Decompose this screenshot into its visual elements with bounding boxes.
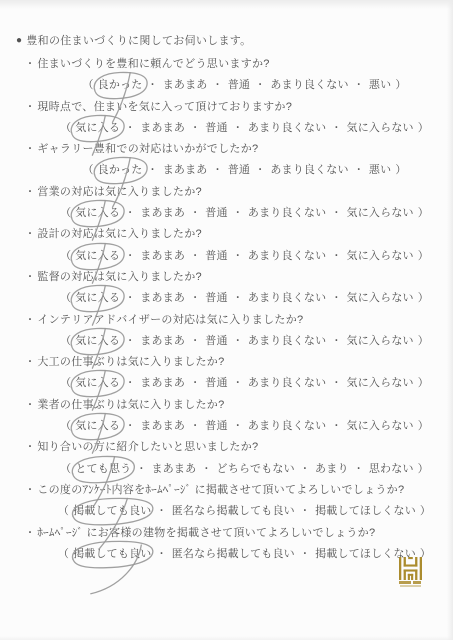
- paren-open: （: [57, 335, 74, 347]
- question-line: ・ギャラリー豊和での対応はいかがでしたか?: [0, 139, 453, 160]
- option: まあまあ: [139, 416, 186, 437]
- question-text: 営業の対応は気に入りましたか?: [37, 186, 202, 198]
- question-bullet-icon: ・: [25, 400, 35, 411]
- option: 気に入らない: [346, 373, 415, 394]
- option-selected: 気に入る: [74, 118, 121, 139]
- question-text: 知り合いの方に紹介したいと思いましたか?: [37, 441, 258, 453]
- option-separator: ・: [201, 464, 211, 475]
- paren-open: （: [55, 505, 72, 517]
- question-block-5: ・設計の対応は気に入りましたか? （気に入る・まあまあ・普通・あまり良くない・気…: [0, 224, 453, 267]
- option-separator: ・: [331, 421, 341, 432]
- option-separator: ・: [233, 421, 243, 432]
- option: あまり良くない: [247, 373, 327, 394]
- question-bullet-icon: ・: [25, 144, 35, 155]
- option-separator: ・: [125, 293, 135, 304]
- option: あまり良くない: [247, 288, 327, 309]
- option-separator: ・: [125, 336, 135, 347]
- option: 普通: [204, 331, 228, 352]
- option: 普通: [204, 288, 228, 309]
- paren-open: （: [79, 164, 96, 176]
- option-separator: ・: [233, 251, 243, 262]
- question-text: 現時点で、住まいを気に入って頂けておりますか?: [37, 101, 292, 113]
- option-separator: ・: [125, 123, 135, 134]
- option-separator: ・: [354, 464, 364, 475]
- question-block-4: ・営業の対応は気に入りましたか? （気に入る・まあまあ・普通・あまり良くない・気…: [0, 182, 453, 225]
- option-separator: ・: [255, 80, 265, 91]
- option: あまり良くない: [247, 416, 327, 437]
- question-bullet-icon: ・: [25, 528, 35, 539]
- option-selected: 気に入る: [74, 288, 121, 309]
- option-separator: ・: [190, 421, 200, 432]
- option-separator: ・: [147, 165, 157, 176]
- option-selected: 気に入る: [74, 416, 121, 437]
- question-block-6: ・監督の対応は気に入りましたか? （気に入る・まあまあ・普通・あまり良くない・気…: [0, 267, 453, 310]
- option-separator: ・: [255, 165, 265, 176]
- option-selected: とても思う: [74, 459, 132, 480]
- survey-heading-text: 豊和の住まいづくりに関してお伺いします。: [26, 35, 251, 47]
- option: あまり良くない: [269, 160, 349, 181]
- option: まあまあ: [151, 459, 198, 480]
- paren-open: （: [79, 79, 96, 91]
- question-text: ギャラリー豊和での対応はいかがでしたか?: [37, 143, 258, 155]
- option: 普通: [204, 203, 228, 224]
- options-line: （気に入る・まあまあ・普通・あまり良くない・気に入らない）: [0, 203, 453, 224]
- paren-close: ）: [415, 420, 432, 432]
- option-separator: ・: [125, 378, 135, 389]
- paren-close: ）: [417, 505, 434, 517]
- option-separator: ・: [147, 80, 157, 91]
- question-line: ・住まいづくりを豊和に頼んでどう思いますか?: [0, 54, 453, 75]
- option: まあまあ: [162, 75, 209, 96]
- question-bullet-icon: ・: [25, 357, 35, 368]
- option: 気に入らない: [346, 246, 415, 267]
- option: まあまあ: [139, 246, 186, 267]
- option: あまり良くない: [247, 203, 327, 224]
- option-separator: ・: [136, 464, 146, 475]
- option-separator: ・: [233, 336, 243, 347]
- question-bullet-icon: ・: [25, 229, 35, 240]
- option-separator: ・: [331, 336, 341, 347]
- question-line: ・現時点で、住まいを気に入って頂けておりますか?: [0, 97, 453, 118]
- option-selected: 掲載しても良い: [72, 501, 152, 522]
- option: まあまあ: [139, 203, 186, 224]
- option-separator: ・: [300, 549, 310, 560]
- option: 普通: [204, 373, 228, 394]
- survey-questions: ・住まいづくりを豊和に頼んでどう思いますか? （良かった・まあまあ・普通・あまり…: [0, 54, 453, 565]
- option: あまり: [314, 459, 350, 480]
- option: まあまあ: [139, 331, 186, 352]
- question-line: ・ﾎｰﾑﾍﾟｰｼﾞ にお客様の建物を掲載させて頂いてよろしいでしょうか?: [0, 523, 453, 544]
- option-separator: ・: [125, 421, 135, 432]
- paren-open: （: [57, 292, 74, 304]
- options-line: （良かった・まあまあ・普通・あまり良くない・悪い）: [0, 75, 453, 96]
- paren-open: （: [57, 463, 74, 475]
- option: 気に入らない: [346, 416, 415, 437]
- option-separator: ・: [331, 378, 341, 389]
- option: 掲載してほしくない: [314, 501, 417, 522]
- option-separator: ・: [190, 123, 200, 134]
- option-separator: ・: [156, 506, 166, 517]
- question-block-8: ・大工の仕事ぶりは気に入りましたか? （気に入る・まあまあ・普通・あまり良くない…: [0, 352, 453, 395]
- option: あまり良くない: [247, 246, 327, 267]
- option: 思わない: [368, 459, 415, 480]
- option-separator: ・: [233, 293, 243, 304]
- option-selected: 気に入る: [74, 203, 121, 224]
- question-line: ・知り合いの方に紹介したいと思いましたか?: [0, 437, 453, 458]
- option-selected: 気に入る: [74, 373, 121, 394]
- option-separator: ・: [233, 208, 243, 219]
- option: 気に入らない: [346, 331, 415, 352]
- paren-close: ）: [415, 122, 432, 134]
- question-block-1: ・住まいづくりを豊和に頼んでどう思いますか? （良かった・まあまあ・普通・あまり…: [0, 54, 453, 97]
- options-line: （掲載しても良い・匿名なら掲載しても良い・掲載してほしくない）: [0, 544, 453, 565]
- question-bullet-icon: ・: [25, 59, 35, 70]
- option: まあまあ: [139, 288, 186, 309]
- option-separator: ・: [331, 251, 341, 262]
- option: 普通: [204, 246, 228, 267]
- option-separator: ・: [156, 549, 166, 560]
- question-text: 住まいづくりを豊和に頼んでどう思いますか?: [37, 58, 269, 70]
- paren-close: ）: [415, 377, 432, 389]
- option: まあまあ: [139, 118, 186, 139]
- question-text: 業者の仕事ぶりは気に入りましたか?: [37, 399, 224, 411]
- option-separator: ・: [125, 208, 135, 219]
- question-line: ・業者の仕事ぶりは気に入りましたか?: [0, 395, 453, 416]
- paren-close: ）: [415, 250, 432, 262]
- option: 普通: [227, 75, 251, 96]
- houwa-emblem-icon: [399, 557, 422, 580]
- option: 悪い: [368, 160, 392, 181]
- option: どちらでもない: [216, 459, 296, 480]
- question-line: ・営業の対応は気に入りましたか?: [0, 182, 453, 203]
- option-separator: ・: [300, 506, 310, 517]
- option-selected: 気に入る: [74, 246, 121, 267]
- option-separator: ・: [354, 80, 364, 91]
- option: 匿名なら掲載しても良い: [171, 501, 296, 522]
- options-line: （気に入る・まあまあ・普通・あまり良くない・気に入らない）: [0, 118, 453, 139]
- paren-close: ）: [415, 207, 432, 219]
- option-selected: 掲載しても良い: [72, 544, 152, 565]
- option-separator: ・: [190, 208, 200, 219]
- options-line: （掲載しても良い・匿名なら掲載しても良い・掲載してほしくない）: [0, 501, 453, 522]
- option-separator: ・: [331, 123, 341, 134]
- option: 気に入らない: [346, 118, 415, 139]
- question-block-3: ・ギャラリー豊和での対応はいかがでしたか? （良かった・まあまあ・普通・あまり良…: [0, 139, 453, 182]
- option-separator: ・: [233, 378, 243, 389]
- option: 普通: [204, 416, 228, 437]
- option: あまり良くない: [269, 75, 349, 96]
- option: あまり良くない: [247, 118, 327, 139]
- paren-open: （: [57, 250, 74, 262]
- option-selected: 気に入る: [74, 331, 121, 352]
- paren-open: （: [57, 420, 74, 432]
- question-block-7: ・インテリアアドバイザーの対応は気に入りましたか? （気に入る・まあまあ・普通・…: [0, 310, 453, 353]
- option-separator: ・: [331, 208, 341, 219]
- question-block-9: ・業者の仕事ぶりは気に入りましたか? （気に入る・まあまあ・普通・あまり良くない…: [0, 395, 453, 438]
- option-separator: ・: [213, 80, 223, 91]
- question-text: この度のｱﾝｹｰﾄ内容をﾎｰﾑﾍﾟｰｼﾞ に掲載させて頂いてよろしいでしょうか?: [37, 484, 404, 496]
- question-bullet-icon: ・: [25, 315, 35, 326]
- survey-heading: ●豊和の住まいづくりに関してお伺いします。: [16, 34, 251, 49]
- option: あまり良くない: [247, 331, 327, 352]
- option: 普通: [204, 118, 228, 139]
- question-bullet-icon: ・: [25, 272, 35, 283]
- question-block-10: ・知り合いの方に紹介したいと思いましたか? （とても思う・まあまあ・どちらでもな…: [0, 437, 453, 480]
- paren-open: （: [57, 122, 74, 134]
- option-selected: 良かった: [97, 75, 144, 96]
- option: 普通: [227, 160, 251, 181]
- option-separator: ・: [190, 378, 200, 389]
- paren-close: ）: [392, 79, 409, 91]
- option: 気に入らない: [346, 288, 415, 309]
- question-block-2: ・現時点で、住まいを気に入って頂けておりますか? （気に入る・まあまあ・普通・あ…: [0, 97, 453, 140]
- paren-close: ）: [392, 164, 409, 176]
- question-text: 設計の対応は気に入りましたか?: [37, 228, 202, 240]
- question-block-11: ・この度のｱﾝｹｰﾄ内容をﾎｰﾑﾍﾟｰｼﾞ に掲載させて頂いてよろしいでしょうか…: [0, 480, 453, 523]
- scanned-survey-page: ●豊和の住まいづくりに関してお伺いします。 ・住まいづくりを豊和に頼んでどう思い…: [0, 0, 453, 640]
- options-line: （気に入る・まあまあ・普通・あまり良くない・気に入らない）: [0, 373, 453, 394]
- question-bullet-icon: ・: [25, 442, 35, 453]
- option-separator: ・: [300, 464, 310, 475]
- options-line: （気に入る・まあまあ・普通・あまり良くない・気に入らない）: [0, 288, 453, 309]
- option-separator: ・: [190, 293, 200, 304]
- option-separator: ・: [190, 336, 200, 347]
- company-logo: [397, 557, 423, 587]
- question-bullet-icon: ・: [25, 187, 35, 198]
- bullet-circle-icon: ●: [16, 35, 22, 46]
- paren-close: ）: [415, 463, 432, 475]
- question-block-12: ・ﾎｰﾑﾍﾟｰｼﾞ にお客様の建物を掲載させて頂いてよろしいでしょうか? （掲載…: [0, 523, 453, 566]
- option-separator: ・: [233, 123, 243, 134]
- paren-close: ）: [415, 292, 432, 304]
- option-selected: 良かった: [97, 160, 144, 181]
- question-text: 大工の仕事ぶりは気に入りましたか?: [37, 356, 224, 368]
- options-line: （気に入る・まあまあ・普通・あまり良くない・気に入らない）: [0, 331, 453, 352]
- paren-open: （: [57, 377, 74, 389]
- question-text: ﾎｰﾑﾍﾟｰｼﾞ にお客様の建物を掲載させて頂いてよろしいでしょうか?: [37, 527, 375, 539]
- option: 気に入らない: [346, 203, 415, 224]
- question-line: ・大工の仕事ぶりは気に入りましたか?: [0, 352, 453, 373]
- question-text: インテリアアドバイザーの対応は気に入りましたか?: [37, 314, 303, 326]
- option: まあまあ: [162, 160, 209, 181]
- question-line: ・監督の対応は気に入りましたか?: [0, 267, 453, 288]
- logo-caption: [397, 581, 423, 584]
- question-bullet-icon: ・: [25, 102, 35, 113]
- option-separator: ・: [331, 293, 341, 304]
- logo-caption-sub: [400, 585, 421, 587]
- paren-open: （: [55, 548, 72, 560]
- option: 悪い: [368, 75, 392, 96]
- option-separator: ・: [125, 251, 135, 262]
- options-line: （良かった・まあまあ・普通・あまり良くない・悪い）: [0, 160, 453, 181]
- options-line: （気に入る・まあまあ・普通・あまり良くない・気に入らない）: [0, 246, 453, 267]
- question-line: ・この度のｱﾝｹｰﾄ内容をﾎｰﾑﾍﾟｰｼﾞ に掲載させて頂いてよろしいでしょうか…: [0, 480, 453, 501]
- option-separator: ・: [354, 165, 364, 176]
- options-line: （とても思う・まあまあ・どちらでもない・あまり・思わない）: [0, 459, 453, 480]
- paren-open: （: [57, 207, 74, 219]
- options-line: （気に入る・まあまあ・普通・あまり良くない・気に入らない）: [0, 416, 453, 437]
- question-text: 監督の対応は気に入りましたか?: [37, 271, 202, 283]
- option-separator: ・: [190, 251, 200, 262]
- paren-close: ）: [415, 335, 432, 347]
- option-separator: ・: [213, 165, 223, 176]
- question-line: ・設計の対応は気に入りましたか?: [0, 224, 453, 245]
- option: まあまあ: [139, 373, 186, 394]
- question-line: ・インテリアアドバイザーの対応は気に入りましたか?: [0, 310, 453, 331]
- question-bullet-icon: ・: [25, 485, 35, 496]
- option: 匿名なら掲載しても良い: [171, 544, 296, 565]
